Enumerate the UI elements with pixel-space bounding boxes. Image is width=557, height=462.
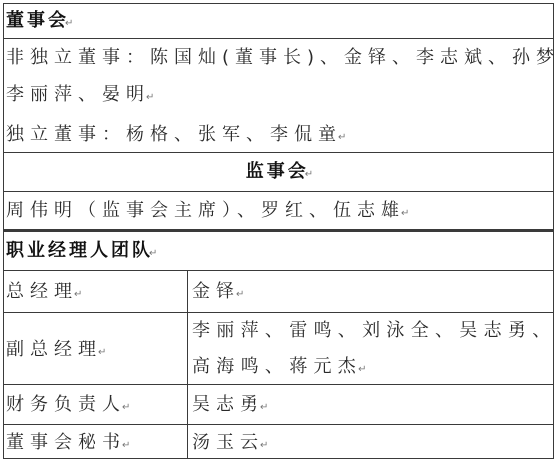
role-label: 财务负责人 bbox=[6, 394, 126, 415]
role-cell: 总经理↵ bbox=[4, 271, 188, 312]
supervisory-heading-cell: 监事会↵ bbox=[4, 153, 553, 191]
names-value: 李丽萍、雷鸣、刘泳全、吴志勇、高海鸣、蒋元杰↵ bbox=[192, 313, 557, 388]
independent-directors-text: 独立董事：杨格、张军、李侃童 bbox=[6, 124, 342, 145]
paragraph-mark-icon: ↵ bbox=[74, 289, 82, 300]
paragraph-mark-icon: ↵ bbox=[260, 402, 268, 413]
paragraph-mark-icon: ↵ bbox=[401, 208, 409, 219]
names-value: 汤玉云 bbox=[192, 432, 264, 453]
board-members-row: 非独立董事：陈国灿(董事长)、金铎、李志斌、孙梦蛟、 李丽萍、晏明↵ 独立董事：… bbox=[4, 39, 553, 153]
paragraph-mark-icon: ↵ bbox=[338, 132, 346, 143]
supervisory-members: 周伟明（监事会主席）、罗红、伍志雄 bbox=[6, 200, 405, 221]
governance-table: 董事会↵ 非独立董事：陈国灿(董事长)、金铎、李志斌、孙梦蛟、 李丽萍、晏明↵ … bbox=[3, 3, 554, 459]
non-independent-directors-text: 李丽萍、晏明 bbox=[6, 84, 150, 105]
supervisory-members-cell: 周伟明（监事会主席）、罗红、伍志雄↵ bbox=[4, 192, 553, 229]
names-cell: 李丽萍、雷鸣、刘泳全、吴志勇、高海鸣、蒋元杰↵ bbox=[188, 313, 553, 384]
names-cell: 汤玉云↵ bbox=[188, 425, 553, 458]
paragraph-mark-icon: ↵ bbox=[305, 169, 313, 180]
management-heading: 职业经理人团队 bbox=[6, 240, 153, 261]
role-cell: 副总经理↵ bbox=[4, 313, 188, 384]
management-heading-row: 职业经理人团队↵ bbox=[4, 232, 553, 271]
non-independent-directors-line1: 非独立董事：陈国灿(董事长)、金铎、李志斌、孙梦蛟、 bbox=[6, 39, 553, 77]
board-heading-row: 董事会↵ bbox=[4, 4, 553, 39]
names-text: 李丽萍、雷鸣、刘泳全、吴志勇、高海鸣、蒋元杰 bbox=[192, 320, 557, 377]
role-label: 董事会秘书 bbox=[6, 432, 126, 453]
supervisory-heading-row: 监事会↵ bbox=[4, 153, 553, 192]
table-row: 总经理↵ 金铎↵ bbox=[4, 271, 553, 313]
paragraph-mark-icon: ↵ bbox=[122, 440, 130, 451]
role-label: 副总经理 bbox=[6, 339, 102, 360]
independent-directors: 独立董事：杨格、张军、李侃童↵ bbox=[6, 116, 553, 157]
table-row: 董事会秘书↵ 汤玉云↵ bbox=[4, 425, 553, 458]
table-row: 副总经理↵ 李丽萍、雷鸣、刘泳全、吴志勇、高海鸣、蒋元杰↵ bbox=[4, 313, 553, 385]
paragraph-mark-icon: ↵ bbox=[358, 364, 366, 375]
management-heading-cell: 职业经理人团队↵ bbox=[4, 232, 553, 270]
paragraph-mark-icon: ↵ bbox=[146, 92, 154, 103]
names-cell: 金铎↵ bbox=[188, 271, 553, 312]
role-label: 总经理 bbox=[6, 281, 78, 302]
names-value: 吴志勇 bbox=[192, 394, 264, 415]
role-cell: 董事会秘书↵ bbox=[4, 425, 188, 458]
role-cell: 财务负责人↵ bbox=[4, 385, 188, 424]
non-independent-directors-line2: 李丽萍、晏明↵ bbox=[6, 77, 553, 116]
names-value: 金铎 bbox=[192, 281, 240, 302]
paragraph-mark-icon: ↵ bbox=[149, 248, 157, 259]
paragraph-mark-icon: ↵ bbox=[236, 289, 244, 300]
supervisory-heading: 监事会 bbox=[246, 161, 309, 182]
board-heading-cell: 董事会↵ bbox=[4, 4, 553, 38]
paragraph-mark-icon: ↵ bbox=[98, 347, 106, 358]
names-cell: 吴志勇↵ bbox=[188, 385, 553, 424]
paragraph-mark-icon: ↵ bbox=[260, 440, 268, 451]
supervisory-members-row: 周伟明（监事会主席）、罗红、伍志雄↵ bbox=[4, 192, 553, 232]
paragraph-mark-icon: ↵ bbox=[65, 18, 73, 29]
board-members-cell: 非独立董事：陈国灿(董事长)、金铎、李志斌、孙梦蛟、 李丽萍、晏明↵ 独立董事：… bbox=[4, 39, 553, 152]
paragraph-mark-icon: ↵ bbox=[122, 402, 130, 413]
table-row: 财务负责人↵ 吴志勇↵ bbox=[4, 385, 553, 425]
board-heading: 董事会 bbox=[6, 10, 69, 31]
